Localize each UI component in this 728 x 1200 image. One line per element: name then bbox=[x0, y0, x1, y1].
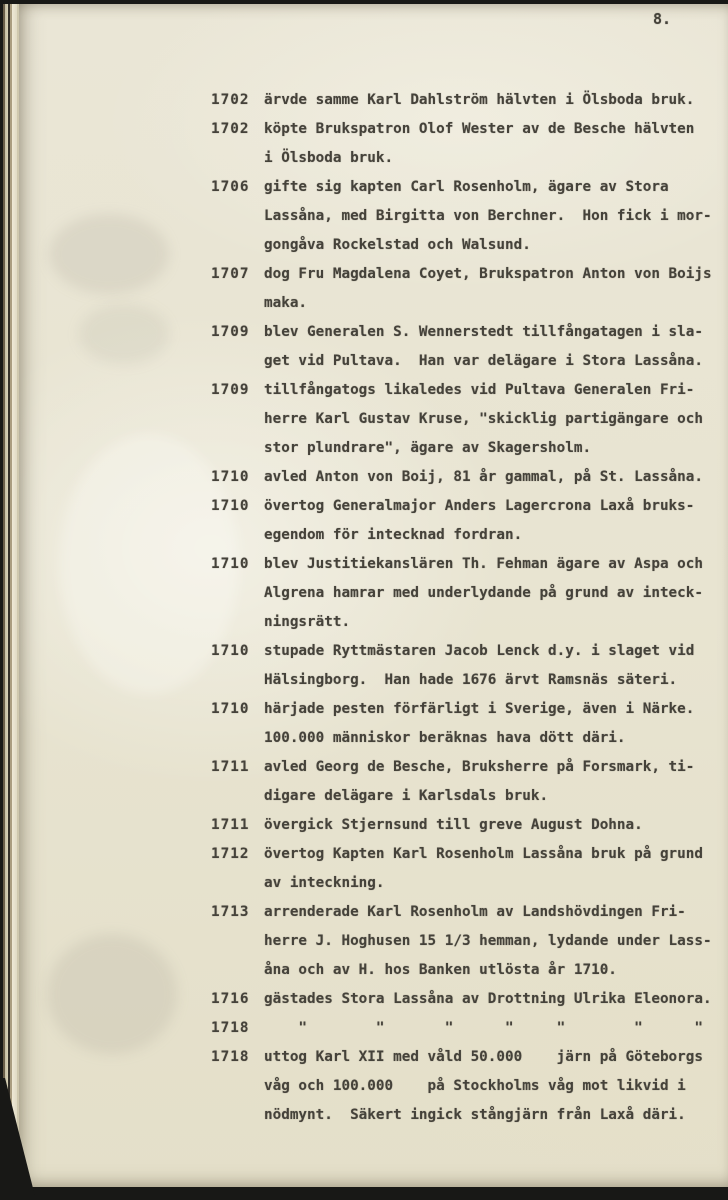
text-line: gifte sig kapten Carl Rosenholm, ägare a… bbox=[264, 173, 728, 202]
text-line: 100.000 människor beräknas hava dött där… bbox=[264, 724, 728, 753]
text-line: härjade pesten förfärligt i Sverige, äve… bbox=[264, 695, 728, 724]
entry-year: 1710 bbox=[211, 550, 264, 637]
text-line: stor plundrare", ägare av Skagersholm. bbox=[264, 434, 728, 463]
entry-year: 1718 bbox=[211, 1014, 264, 1043]
chronicle-entry: 1710 övertog Generalmajor Anders Lagercr… bbox=[211, 492, 728, 550]
text-line: av inteckning. bbox=[264, 869, 728, 898]
text-line: arrenderade Karl Rosenholm av Landshövdi… bbox=[264, 898, 728, 927]
entry-year: 1709 bbox=[211, 318, 264, 376]
text-line: avled Georg de Besche, Bruksherre på For… bbox=[264, 753, 728, 782]
text-line: herre J. Hoghusen 15 1/3 hemman, lydande… bbox=[264, 927, 728, 956]
text-line: tillfångatogs likaledes vid Pultava Gene… bbox=[264, 376, 728, 405]
text-line: digare delägare i Karlsdals bruk. bbox=[264, 782, 728, 811]
entry-lines: arrenderade Karl Rosenholm av Landshövdi… bbox=[264, 898, 728, 985]
entry-lines: gästades Stora Lassåna av Drottning Ulri… bbox=[264, 985, 728, 1014]
show-through-stain bbox=[79, 304, 169, 364]
entry-lines: dog Fru Magdalena Coyet, Brukspatron Ant… bbox=[264, 260, 728, 318]
text-line: " " " " " " " bbox=[264, 1014, 728, 1043]
entry-year: 1711 bbox=[211, 811, 264, 840]
text-line: gästades Stora Lassåna av Drottning Ulri… bbox=[264, 985, 728, 1014]
entry-year: 1711 bbox=[211, 753, 264, 811]
entry-lines: övergick Stjernsund till greve August Do… bbox=[264, 811, 728, 840]
text-line: Hälsingborg. Han hade 1676 ärvt Ramsnäs … bbox=[264, 666, 728, 695]
text-line: övertog Generalmajor Anders Lagercrona L… bbox=[264, 492, 728, 521]
chronicle-entry: 1718 " " " " " " " bbox=[211, 1014, 728, 1043]
chronicle-entry: 1710 stupade Ryttmästaren Jacob Lenck d.… bbox=[211, 637, 728, 695]
text-line: stupade Ryttmästaren Jacob Lenck d.y. i … bbox=[264, 637, 728, 666]
entry-lines: uttog Karl XII med våld 50.000 järn på G… bbox=[264, 1043, 728, 1130]
text-line: åna och av H. hos Banken utlösta år 1710… bbox=[264, 956, 728, 985]
scanner-background-top bbox=[0, 0, 728, 4]
chronicle-entry: 1702 köpte Brukspatron Olof Wester av de… bbox=[211, 115, 728, 173]
entry-year: 1709 bbox=[211, 376, 264, 463]
entry-year: 1716 bbox=[211, 985, 264, 1014]
chronicle-entry: 1711 övergick Stjernsund till greve Augu… bbox=[211, 811, 728, 840]
entry-lines: stupade Ryttmästaren Jacob Lenck d.y. i … bbox=[264, 637, 728, 695]
chronicle-entry: 1718 uttog Karl XII med våld 50.000 järn… bbox=[211, 1043, 728, 1130]
text-line: avled Anton von Boij, 81 år gammal, på S… bbox=[264, 463, 728, 492]
chronicle-entry: 1710 avled Anton von Boij, 81 år gammal,… bbox=[211, 463, 728, 492]
entry-lines: övertog Generalmajor Anders Lagercrona L… bbox=[264, 492, 728, 550]
text-line: Algrena hamrar med underlydande på grund… bbox=[264, 579, 728, 608]
text-line: i Ölsboda bruk. bbox=[264, 144, 728, 173]
chronicle-entry: 1712 övertog Kapten Karl Rosenholm Lasså… bbox=[211, 840, 728, 898]
show-through-stain bbox=[47, 934, 177, 1054]
entry-year: 1718 bbox=[211, 1043, 264, 1130]
text-line: egendom för intecknad fordran. bbox=[264, 521, 728, 550]
entry-year: 1710 bbox=[211, 695, 264, 753]
text-line: våg och 100.000 på Stockholms våg mot li… bbox=[264, 1072, 728, 1101]
entry-year: 1702 bbox=[211, 86, 264, 115]
entry-year: 1710 bbox=[211, 463, 264, 492]
entry-lines: ärvde samme Karl Dahlström hälvten i Öls… bbox=[264, 86, 728, 115]
chronicle-entry: 1706 gifte sig kapten Carl Rosenholm, äg… bbox=[211, 173, 728, 260]
chronicle-entry: 1710 blev Justitiekanslären Th. Fehman ä… bbox=[211, 550, 728, 637]
text-line: övergick Stjernsund till greve August Do… bbox=[264, 811, 728, 840]
page-number: 8. bbox=[653, 10, 671, 28]
text-line: dog Fru Magdalena Coyet, Brukspatron Ant… bbox=[264, 260, 728, 289]
entry-lines: härjade pesten förfärligt i Sverige, äve… bbox=[264, 695, 728, 753]
chronicle-entry: 1716 gästades Stora Lassåna av Drottning… bbox=[211, 985, 728, 1014]
entry-year: 1710 bbox=[211, 637, 264, 695]
text-line: köpte Brukspatron Olof Wester av de Besc… bbox=[264, 115, 728, 144]
entry-lines: övertog Kapten Karl Rosenholm Lassåna br… bbox=[264, 840, 728, 898]
text-line: gongåva Rockelstad och Walsund. bbox=[264, 231, 728, 260]
entry-lines: köpte Brukspatron Olof Wester av de Besc… bbox=[264, 115, 728, 173]
text-line: maka. bbox=[264, 289, 728, 318]
text-line: get vid Pultava. Han var delägare i Stor… bbox=[264, 347, 728, 376]
entry-lines: " " " " " " " bbox=[264, 1014, 728, 1043]
entry-lines: avled Anton von Boij, 81 år gammal, på S… bbox=[264, 463, 728, 492]
chronicle-entry-list: 1702 ärvde samme Karl Dahlström hälvten … bbox=[211, 86, 728, 1130]
text-line: nödmynt. Säkert ingick stångjärn från La… bbox=[264, 1101, 728, 1130]
entry-year: 1712 bbox=[211, 840, 264, 898]
entry-lines: avled Georg de Besche, Bruksherre på For… bbox=[264, 753, 728, 811]
chronicle-entry: 1709 blev Generalen S. Wennerstedt tillf… bbox=[211, 318, 728, 376]
text-line: blev Generalen S. Wennerstedt tillfångat… bbox=[264, 318, 728, 347]
chronicle-entry: 1709 tillfångatogs likaledes vid Pultava… bbox=[211, 376, 728, 463]
text-line: uttog Karl XII med våld 50.000 järn på G… bbox=[264, 1043, 728, 1072]
entry-lines: blev Generalen S. Wennerstedt tillfångat… bbox=[264, 318, 728, 376]
entry-year: 1707 bbox=[211, 260, 264, 318]
scanner-background-bottom bbox=[0, 1187, 728, 1200]
text-line: övertog Kapten Karl Rosenholm Lassåna br… bbox=[264, 840, 728, 869]
entry-year: 1702 bbox=[211, 115, 264, 173]
text-line: ärvde samme Karl Dahlström hälvten i Öls… bbox=[264, 86, 728, 115]
entry-year: 1706 bbox=[211, 173, 264, 260]
entry-lines: blev Justitiekanslären Th. Fehman ägare … bbox=[264, 550, 728, 637]
text-line: herre Karl Gustav Kruse, "skicklig parti… bbox=[264, 405, 728, 434]
text-line: blev Justitiekanslären Th. Fehman ägare … bbox=[264, 550, 728, 579]
entry-year: 1713 bbox=[211, 898, 264, 985]
text-line: ningsrätt. bbox=[264, 608, 728, 637]
chronicle-entry: 1713 arrenderade Karl Rosenholm av Lands… bbox=[211, 898, 728, 985]
entry-year: 1710 bbox=[211, 492, 264, 550]
chronicle-entry: 1710 härjade pesten förfärligt i Sverige… bbox=[211, 695, 728, 753]
show-through-stain bbox=[49, 214, 169, 294]
chronicle-entry: 1711 avled Georg de Besche, Bruksherre p… bbox=[211, 753, 728, 811]
entry-lines: gifte sig kapten Carl Rosenholm, ägare a… bbox=[264, 173, 728, 260]
scanned-book-page: 8. 1702 ärvde samme Karl Dahlström hälvt… bbox=[0, 0, 728, 1200]
chronicle-entry: 1702 ärvde samme Karl Dahlström hälvten … bbox=[211, 86, 728, 115]
chronicle-entry: 1707 dog Fru Magdalena Coyet, Brukspatro… bbox=[211, 260, 728, 318]
text-line: Lassåna, med Birgitta von Berchner. Hon … bbox=[264, 202, 728, 231]
paper-sheet: 8. 1702 ärvde samme Karl Dahlström hälvt… bbox=[19, 4, 728, 1187]
entry-lines: tillfångatogs likaledes vid Pultava Gene… bbox=[264, 376, 728, 463]
